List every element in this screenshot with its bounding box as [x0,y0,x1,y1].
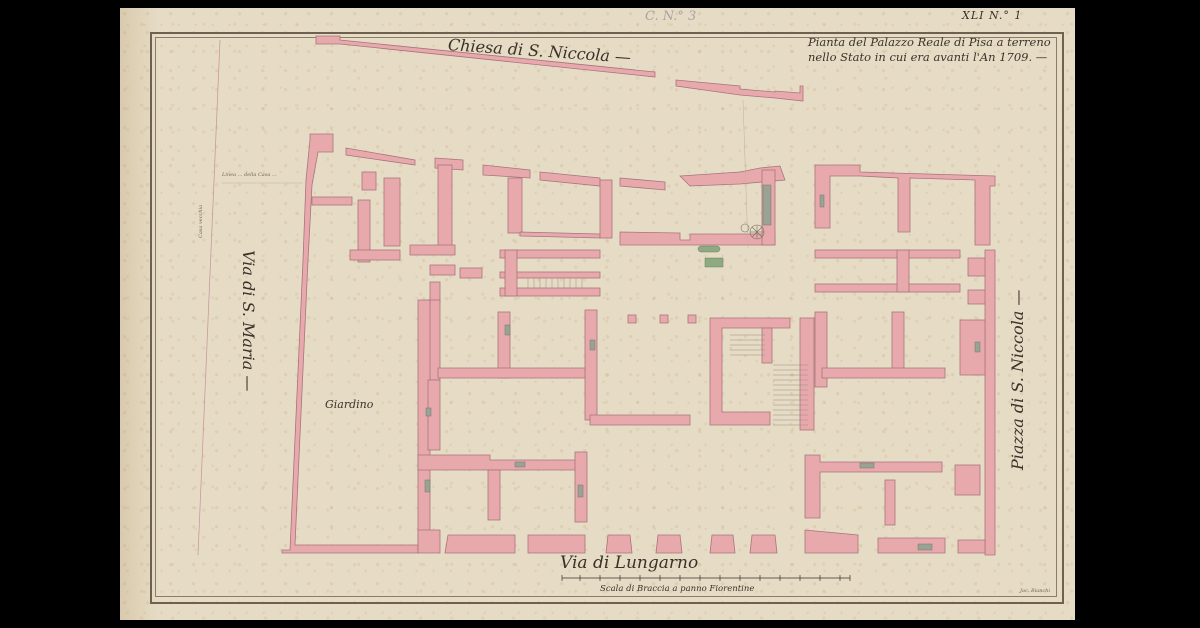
small-note-horizontal: Linea ... della Casa ... [222,172,277,178]
north-wall [540,172,600,186]
plan-title-line1: Pianta del Palazzo Reale di Pisa a terre… [808,35,1048,50]
interior-wall [892,312,904,374]
interior-wall [815,284,960,292]
northeast-walls [815,165,995,245]
interior-wall [410,245,455,255]
facade-pier [445,535,515,553]
north-wall [620,178,665,190]
gray-niche [425,480,430,492]
green-basin [705,258,723,267]
scale-label: Scala di Braccia a panno Fiorentine [600,584,754,594]
interior-wall [488,470,500,520]
pier [688,315,696,323]
interior-wall [590,415,690,425]
small-note-vertical: Casa vecchia [198,205,204,238]
street-label-left: Via di S. Maria — [239,250,258,391]
interior-wall [620,232,775,245]
signature: Jac. Bianchi [1020,588,1050,594]
north-wall [346,148,415,165]
facade-pier [878,538,945,553]
gray-niche [505,325,510,335]
catalog-mark-right: XLI N.° 1 [962,9,1022,22]
interior-wall [897,250,909,292]
stair-block [762,328,772,363]
property-line [198,40,220,555]
gray-niche [820,195,824,207]
stair-wall [430,282,440,302]
pier [660,315,668,323]
green-basin-curve [698,246,720,252]
stair-block [710,318,790,425]
plan-title-line2: nello Stato in cui era avanti l'An 1709.… [808,50,1048,65]
stair-wall [430,265,455,275]
gray-niche [515,462,525,467]
facade-pier [958,540,985,553]
scale-bar [562,575,850,581]
interior-wall [955,465,980,495]
interior-wall [960,320,985,375]
stair-block [800,318,814,430]
interior-wall [508,178,522,233]
gray-niche [975,342,980,352]
church-wall-segment [676,80,803,101]
room-label-garden: Giardino [325,398,373,411]
east-outer-wall [985,250,995,555]
gray-niche [763,185,771,225]
interior-wall [520,232,600,238]
facade-pier [606,535,632,553]
facade-pier [750,535,777,553]
interior-wall [438,368,585,378]
north-wall [483,165,530,178]
interior-wall [600,180,612,238]
gray-niche [578,485,583,497]
interior-wall [362,172,376,190]
gray-niche [918,544,932,550]
interior-wall [384,178,400,246]
interior-wall [312,197,352,205]
facade-pier [528,535,585,553]
street-label-right: Piazza di S. Niccola — [1008,290,1027,470]
stair-wall [505,250,517,296]
street-label-bottom: Via di Lungarno [560,553,698,573]
interior-wall [885,480,895,525]
catalog-mark-top: C. N.° 3 [645,9,696,24]
gray-niche [590,340,595,350]
facade-pier [656,535,682,553]
plan-title: Pianta del Palazzo Reale di Pisa a terre… [808,35,1048,65]
gray-niche [860,463,874,468]
facade-pier [418,530,440,553]
interior-wall [822,368,945,378]
gray-niche [426,408,431,416]
facade-pier [805,530,858,553]
interior-wall [438,165,452,250]
south-wall [418,455,585,470]
pier [628,315,636,323]
stair-wall [460,268,482,278]
interior-wall [585,310,597,420]
facade-pier [710,535,735,553]
interior-wall [350,250,400,260]
interior-wall [815,250,960,258]
